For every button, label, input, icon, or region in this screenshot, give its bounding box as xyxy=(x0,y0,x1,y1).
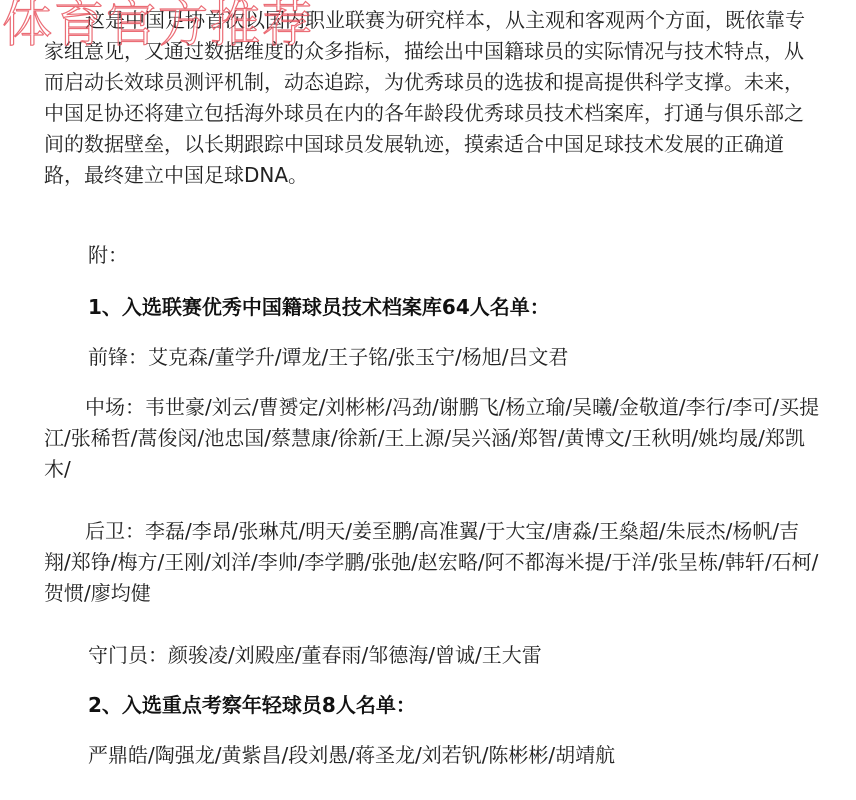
intro-paragraph: 这是中国足协首次以国内职业联赛为研究样本，从主观和客观两个方面，既依靠专家组意见… xyxy=(44,5,820,191)
forwards-list: 前锋：艾克森/董学升/谭龙/王子铭/张玉宁/杨旭/吕文君 xyxy=(88,342,568,373)
midfielders-list: 中场：韦世豪/刘云/曹赟定/刘彬彬/冯劲/谢鹏飞/杨立瑜/吴曦/金敬道/李行/李… xyxy=(44,392,820,485)
defenders-list: 后卫：李磊/李昂/张琳芃/明天/姜至鹏/高准翼/于大宝/唐淼/王燊超/朱辰杰/杨… xyxy=(44,516,820,609)
section-2-heading: 2、入选重点考察年轻球员8人名单： xyxy=(88,690,416,721)
goalkeepers-list: 守门员：颜骏凌/刘殿座/董春雨/邹德海/曾诚/王大雷 xyxy=(88,640,542,671)
young-players-list: 严鼎皓/陶强龙/黄紫昌/段刘愚/蒋圣龙/刘若钒/陈彬彬/胡靖航 xyxy=(88,740,615,771)
appendix-label: 附： xyxy=(88,240,128,271)
section-1-heading: 1、入选联赛优秀中国籍球员技术档案库64人名单： xyxy=(88,292,550,323)
